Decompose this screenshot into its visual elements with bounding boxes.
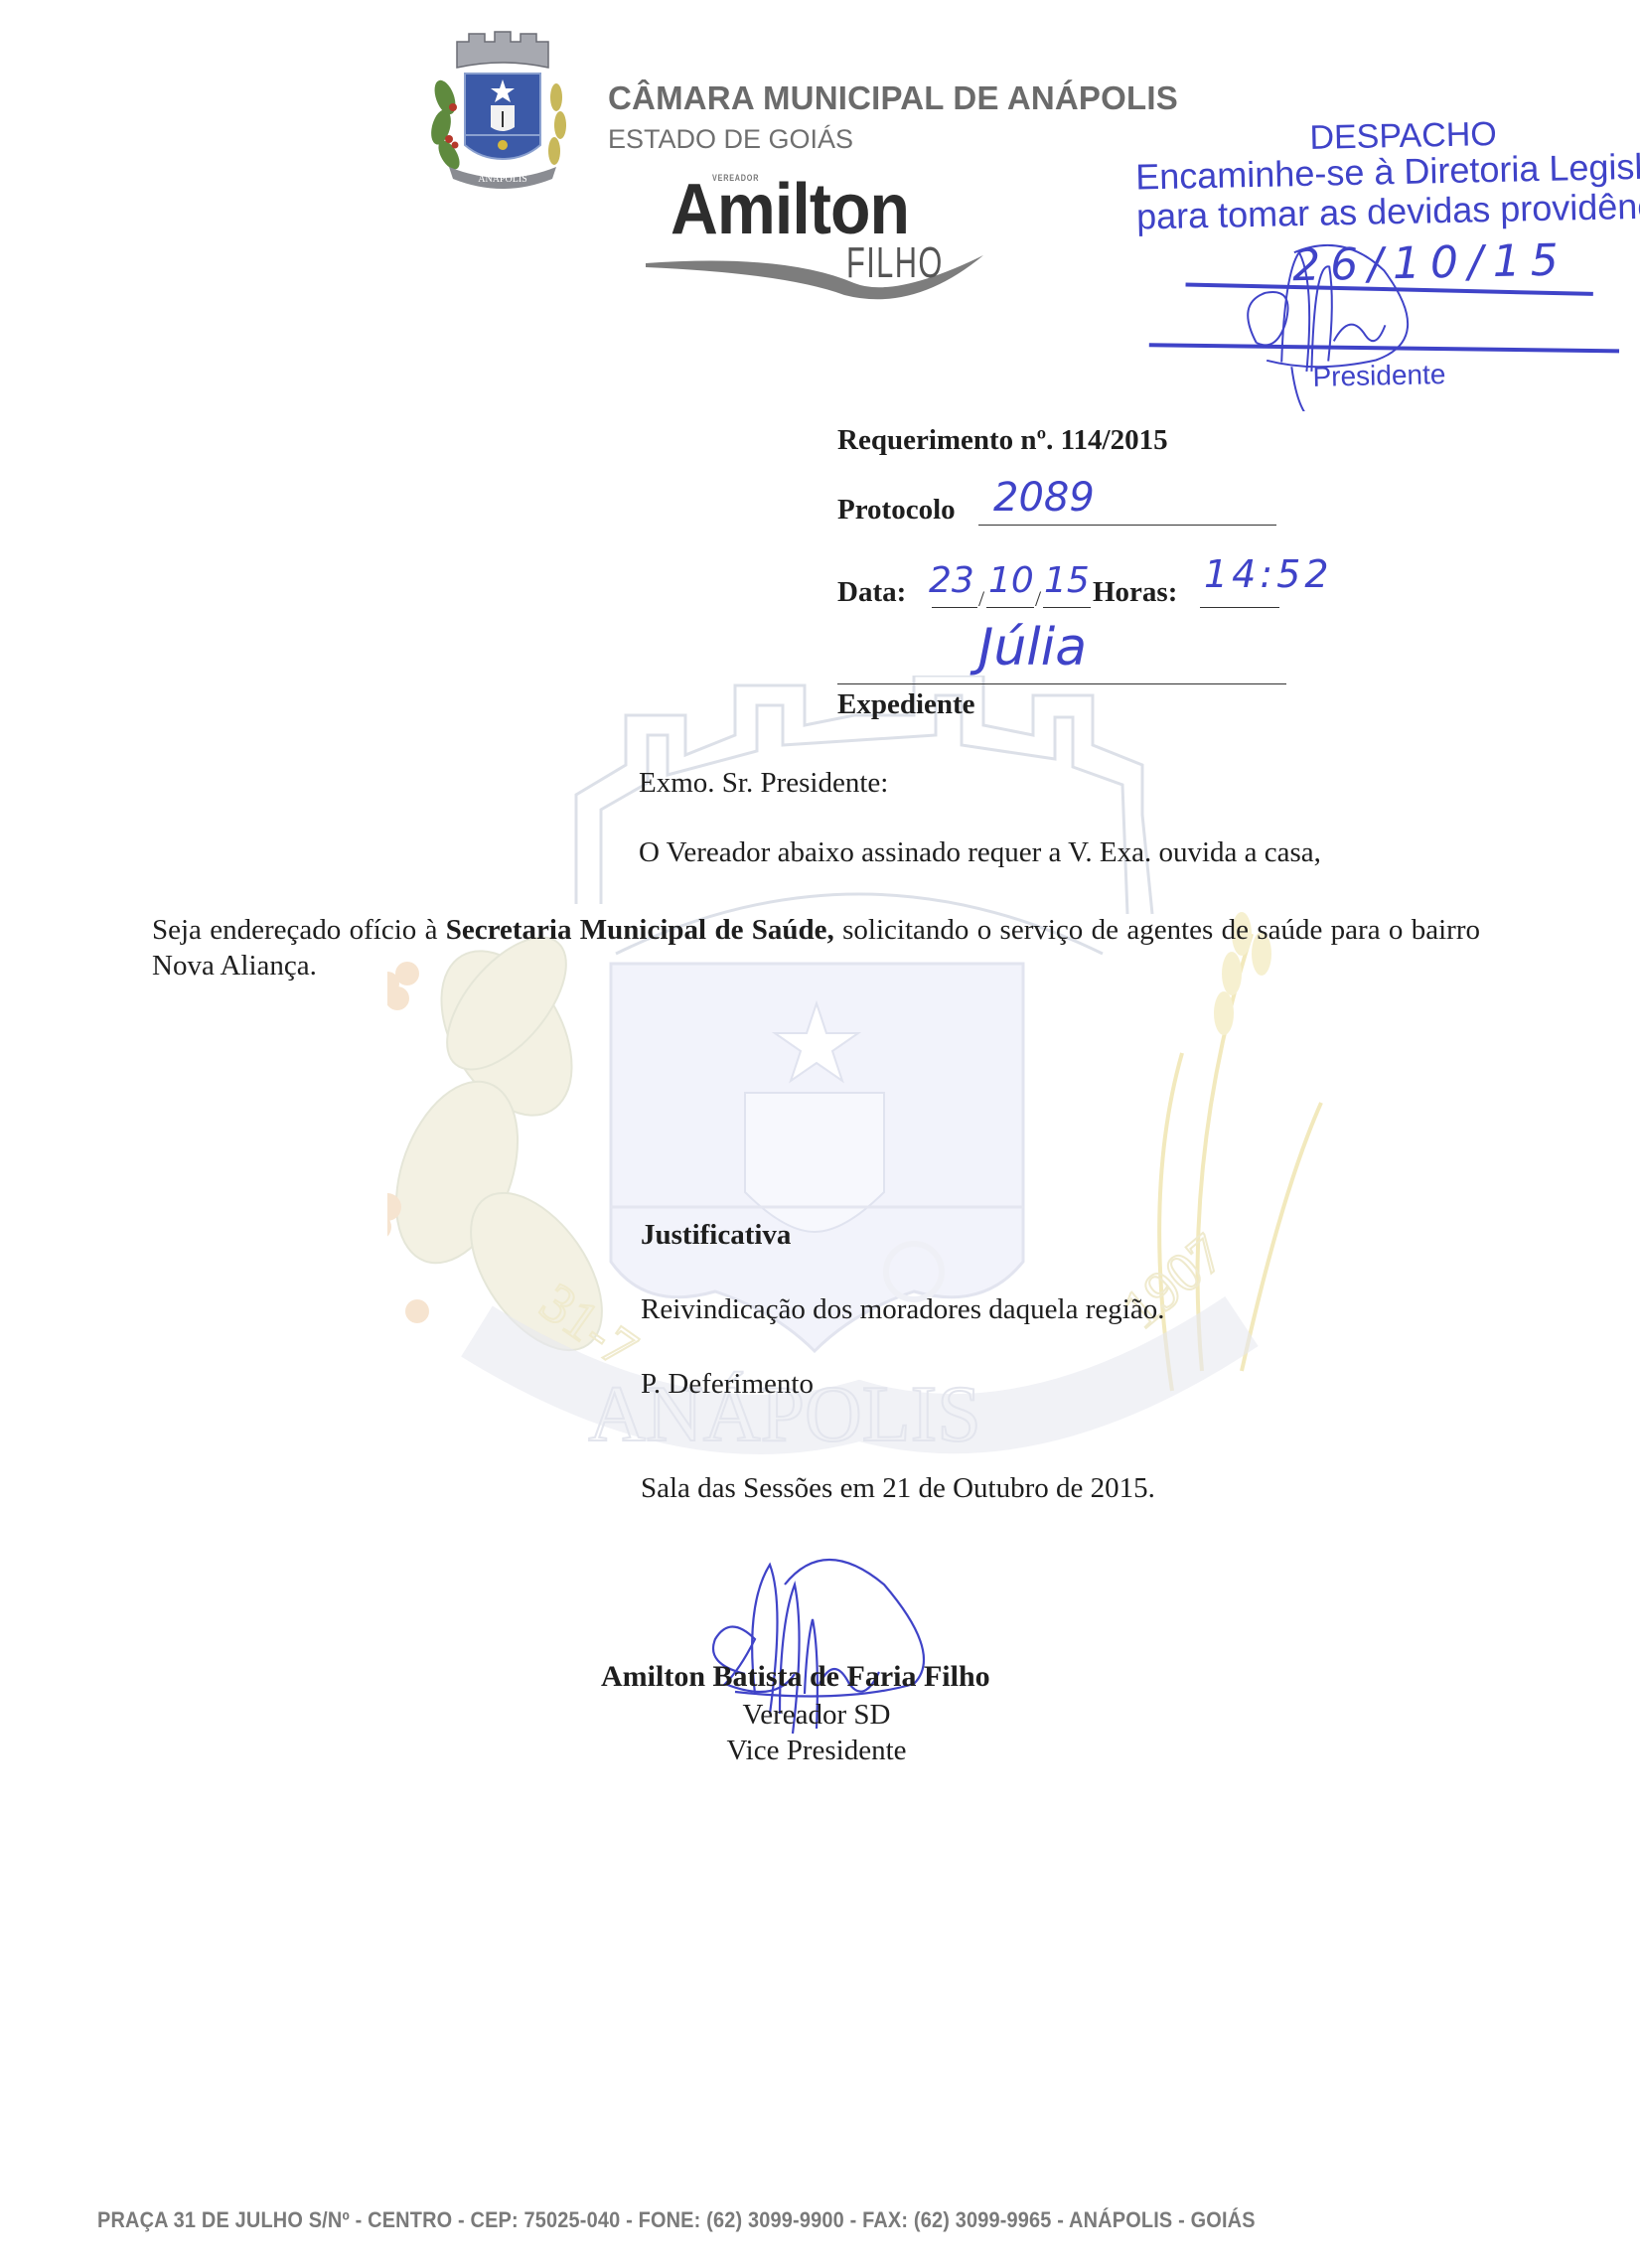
justification-text: Reivindicação dos moradores daquela regi…	[641, 1293, 1164, 1326]
horas-underline	[1200, 607, 1279, 608]
signatory-role: Vereador SD	[0, 1699, 1633, 1732]
date-day-underline	[932, 607, 977, 608]
expediente-label: Expediente	[837, 688, 975, 721]
request-paragraph: Seja endereçado ofício à Secretaria Muni…	[152, 912, 1480, 983]
closing: P. Deferimento	[641, 1368, 814, 1401]
despacho-stamp: DESPACHO Encaminhe-se à Diretoria Legisl…	[1113, 106, 1640, 415]
protocolo-value: 2089	[993, 475, 1095, 521]
date-year-value: 15	[1044, 560, 1090, 601]
date-month-value: 10	[988, 560, 1034, 601]
signatory-title: Vice Presidente	[0, 1735, 1633, 1767]
expediente-signature: Júlia	[978, 618, 1087, 678]
date-year-underline	[1043, 607, 1091, 608]
municipal-coat-of-arms-icon: ANÁPOLIS	[429, 28, 576, 199]
protocolo-label: Protocolo	[837, 494, 956, 527]
date-separator: /	[978, 586, 984, 612]
footer-address: PRAÇA 31 DE JULHO S/Nº - CENTRO - CEP: 7…	[97, 2207, 1256, 2233]
justification-heading: Justificativa	[641, 1219, 791, 1252]
request-recipient: Secretaria Municipal de Saúde,	[446, 914, 834, 946]
date-separator: /	[1035, 586, 1041, 612]
intro-paragraph: O Vereador abaixo assinado requer a V. E…	[639, 836, 1321, 869]
state-name: ESTADO DE GOIÁS	[608, 124, 853, 155]
date-day-value: 23	[929, 560, 974, 601]
date-month-underline	[986, 607, 1034, 608]
request-prefix: Seja endereçado ofício à	[152, 914, 446, 946]
stamp-role: Presidente	[1312, 359, 1446, 393]
logo-suffix: FILHO	[846, 238, 944, 288]
place-date: Sala das Sessões em 21 de Outubro de 201…	[641, 1472, 1155, 1505]
signatory-name: Amilton Batista de Faria Filho	[601, 1660, 990, 1694]
expediente-underline	[837, 683, 1286, 684]
salutation: Exmo. Sr. Presidente:	[639, 767, 888, 800]
protocolo-underline	[978, 525, 1276, 526]
data-label: Data:	[837, 576, 906, 609]
institution-name: CÂMARA MUNICIPAL DE ANÁPOLIS	[608, 79, 1178, 117]
horas-value: 14:52	[1204, 552, 1333, 596]
svg-text:ANÁPOLIS: ANÁPOLIS	[478, 173, 526, 185]
horas-label: Horas:	[1093, 576, 1177, 609]
requerimento-number: Requerimento nº. 114/2015	[837, 424, 1168, 457]
